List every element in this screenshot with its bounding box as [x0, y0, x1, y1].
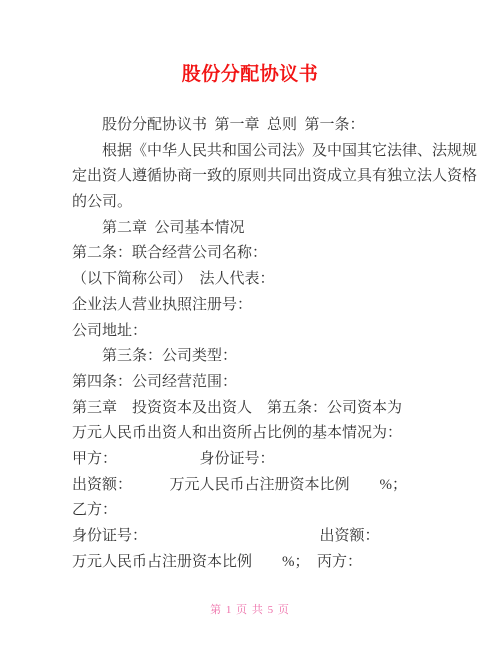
doc-line-basis-3: 的公司。 — [72, 190, 434, 216]
doc-line-chapter1: 股份分配协议书 第一章 总则 第一条： — [72, 113, 434, 139]
document-body: 股份分配协议书 第一章 总则 第一条： 根据《中华人民共和国公司法》及中国其它法… — [72, 113, 434, 575]
document-page: { "document": { "title": "股份分配协议书", "lin… — [0, 0, 500, 647]
doc-line-chapter3: 第三章 投资资本及出资人 第五条：公司资本为 — [72, 396, 434, 422]
doc-line-company-address: 公司地址： — [72, 319, 434, 345]
doc-line-party-a-contribution: 出资额： 万元人民币占注册资本比例 %； — [72, 473, 434, 499]
doc-line-company-name: 第二条：联合经营公司名称： — [72, 241, 434, 267]
doc-line-legal-rep: （以下简称公司） 法人代表： — [72, 267, 434, 293]
doc-line-basis-1: 根据《中华人民共和国公司法》及中国其它法律、法规规 — [72, 139, 434, 165]
doc-line-party-b-ratio: 万元人民币占注册资本比例 %； 丙方： — [72, 550, 434, 576]
page: 股份分配协议书 股份分配协议书 第一章 总则 第一条： 根据《中华人民共和国公司… — [0, 0, 500, 647]
doc-line-party-b-id: 身份证号： 出资额： — [72, 524, 434, 550]
document-title: 股份分配协议书 — [0, 59, 500, 86]
doc-line-chapter2: 第二章 公司基本情况 — [72, 216, 434, 242]
doc-line-license-number: 企业法人营业执照注册号： — [72, 293, 434, 319]
doc-line-business-scope: 第四条：公司经营范围： — [72, 370, 434, 396]
page-number-footer: 第 1 页 共 5 页 — [0, 601, 500, 617]
doc-line-party-b: 乙方： — [72, 498, 434, 524]
doc-line-capital-ratio-intro: 万元人民币出资人和出资所占比例的基本情况为： — [72, 421, 434, 447]
doc-line-company-type: 第三条：公司类型： — [72, 344, 434, 370]
doc-line-basis-2: 定出资人遵循协商一致的原则共同出资成立具有独立法人资格 — [72, 164, 434, 190]
doc-line-party-a: 甲方： 身份证号： — [72, 447, 434, 473]
